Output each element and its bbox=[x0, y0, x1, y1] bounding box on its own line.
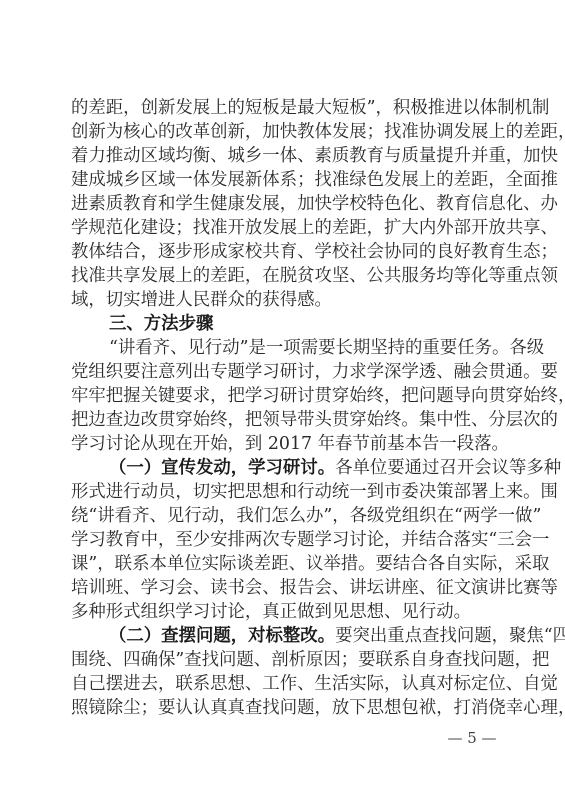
text-line: 照镜除尘；要认认真真查找问题，放下思想包袱，打消侥幸心理， bbox=[71, 696, 494, 720]
document-page: 的差距，创新发展上的短板是最大短板”，积极推进以体制机制 创新为核心的改革创新，… bbox=[0, 0, 565, 800]
text-line: 围绕、四确保”查找问题、剖析原因；要联系自身查找问题，把 bbox=[71, 648, 494, 672]
section-heading: 三、方法步骤 bbox=[109, 312, 494, 336]
text-line: 课”，联系本单位实际谈差距、议举措。要结合各自实际，采取 bbox=[71, 552, 494, 576]
text-line: 建成城乡区域一体发展新体系；找准绿色发展上的差距，全面推 bbox=[71, 168, 494, 192]
text-line: 着力推动区域均衡、城乡一体、素质教育与质量提升并重，加快 bbox=[71, 144, 494, 168]
subsection-1-first-line: （一）宣传发动，学习研讨。各单位要通过召开会议等多种 bbox=[109, 456, 494, 480]
subsection-2-title: （二）查摆问题，对标整改。 bbox=[109, 626, 335, 646]
text-line: 绕“讲看齐、见行动，我们怎么办”，各级党组织在“两学一做” bbox=[71, 504, 494, 528]
text-line: 学规范化建设；找准开放发展上的差距，扩大内外部开放共享、 bbox=[71, 216, 494, 240]
text-line: 创新为核心的改革创新，加快教体发展；找准协调发展上的差距， bbox=[71, 120, 494, 144]
text-line: 培训班、学习会、读书会、报告会、讲坛讲座、征文演讲比赛等 bbox=[71, 576, 494, 600]
text-line: 把边查边改贯穿始终，把领导带头贯穿始终。集中性、分层次的 bbox=[71, 408, 494, 432]
text-line: 进素质教育和学生健康发展，加快学校特色化、教育信息化、办 bbox=[71, 192, 494, 216]
text-line: 域，切实增进人民群众的获得感。 bbox=[71, 288, 494, 312]
text-line: 学习教育中，至少安排两次专题学习讨论，并结合落实“三会一 bbox=[71, 528, 494, 552]
text-line: 党组织要注意列出专题学习研讨，力求学深学透、融会贯通。要 bbox=[71, 360, 494, 384]
subsection-1-text: 各单位要通过召开会议等多种 bbox=[335, 458, 561, 478]
subsection-2-first-line: （二）查摆问题，对标整改。要突出重点查找问题，聚焦“四 bbox=[109, 624, 494, 648]
text-line: 多种形式组织学习讨论，真正做到见思想、见行动。 bbox=[71, 600, 494, 624]
text-line: 教体结合，逐步形成家校共育、学校社会协同的良好教育生态； bbox=[71, 240, 494, 264]
text-line: 牢牢把握关键要求，把学习研讨贯穿始终，把问题导向贯穿始终， bbox=[71, 384, 494, 408]
text-line: 找准共享发展上的差距，在脱贫攻坚、公共服务均等化等重点领 bbox=[71, 264, 494, 288]
text-line: “讲看齐、见行动”是一项需要长期坚持的重要任务。各级 bbox=[109, 336, 494, 360]
text-line: 的差距，创新发展上的短板是最大短板”，积极推进以体制机制 bbox=[71, 96, 494, 120]
subsection-1-title: （一）宣传发动，学习研讨。 bbox=[109, 458, 335, 478]
text-line: 形式进行动员，切实把思想和行动统一到市委决策部署上来。围 bbox=[71, 480, 494, 504]
text-line: 学习讨论从现在开始，到 2017 年春节前基本告一段落。 bbox=[71, 432, 494, 456]
text-line: 自己摆进去，联系思想、工作、生活实际，认真对标定位、自觉 bbox=[71, 672, 494, 696]
page-number: — 5 — bbox=[440, 727, 504, 749]
subsection-2-text: 要突出重点查找问题，聚焦“四 bbox=[335, 626, 565, 646]
